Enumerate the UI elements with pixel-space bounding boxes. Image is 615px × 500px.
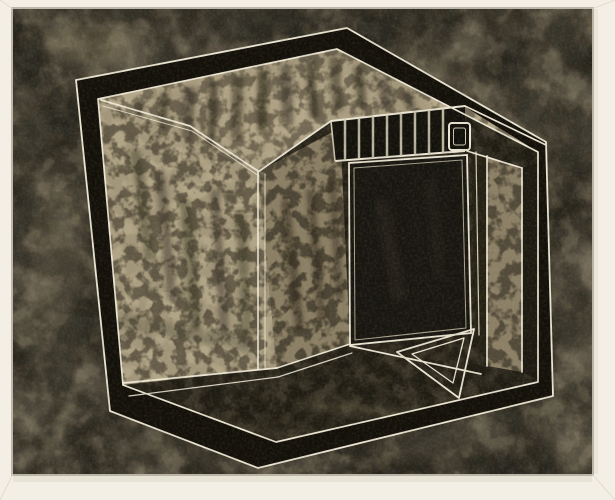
artwork-canvas (13, 9, 603, 474)
artwork-svg (0, 0, 615, 500)
framed-artwork-photo (0, 0, 615, 500)
